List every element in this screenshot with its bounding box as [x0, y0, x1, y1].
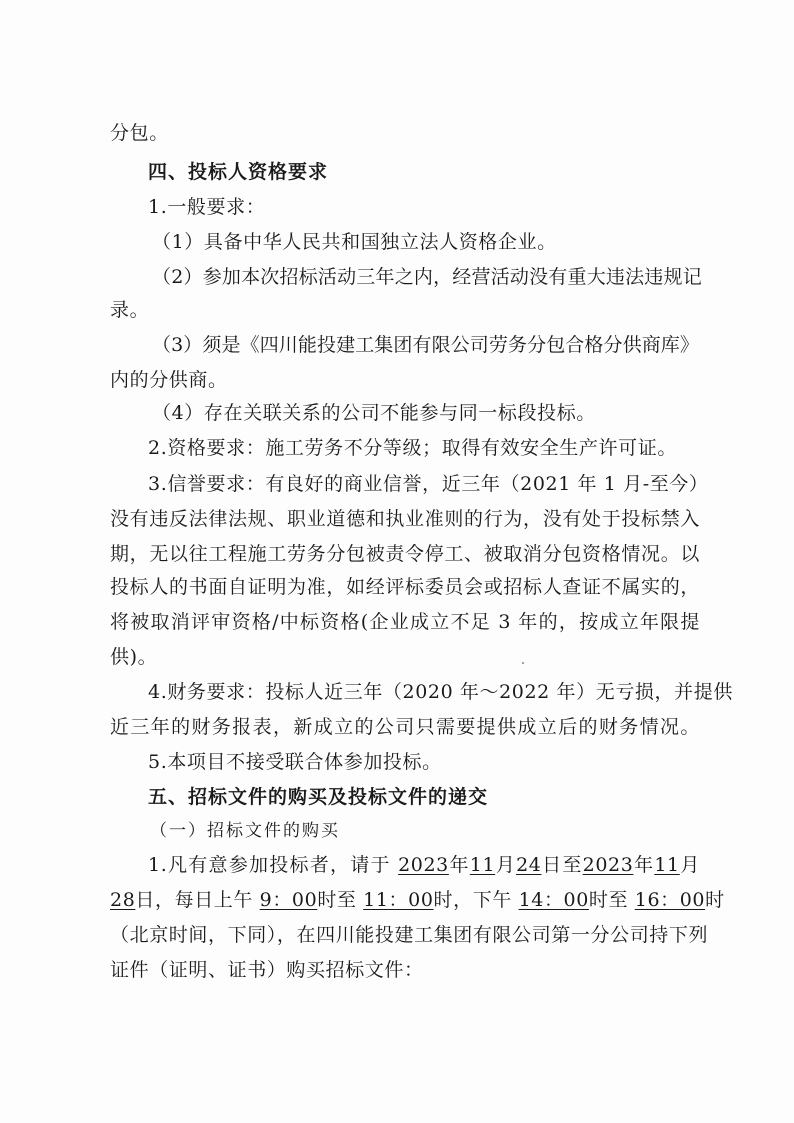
text: 1.凡有意参加投标者，请于: [148, 854, 398, 876]
section-heading-5: 五、招标文件的购买及投标文件的递交: [148, 785, 738, 809]
am-start: 9：00: [260, 889, 318, 911]
subsection-heading: （一）招标文件的购买: [150, 819, 740, 843]
scan-speck: [522, 662, 524, 664]
text: 时至: [589, 889, 635, 911]
end-month: 11: [654, 854, 679, 876]
text: 时至: [317, 889, 363, 911]
section-heading-4: 四、投标人资格要求: [148, 160, 738, 184]
text-line: 4.财务要求：投标人近三年（2020 年～2022 年）无亏损，并提供: [148, 680, 700, 704]
end-day: 28: [110, 889, 135, 911]
purchase-line-2: 28日，每日上午 9：00时至 11：00时，下午 14：00时至 16：00时: [110, 888, 700, 912]
text-line: 供)。: [110, 645, 700, 669]
text-line: 将被取消评审资格/中标资格(企业成立不足 3 年的，按成立年限提: [110, 610, 700, 634]
document-page: 分包。 四、投标人资格要求 1.一般要求： （1）具备中华人民共和国独立法人资格…: [0, 0, 794, 1123]
text-line: 近三年的财务报表，新成立的公司只需要提供成立后的财务情况。: [110, 715, 700, 739]
pm-end: 16：00: [635, 889, 705, 911]
text-line: （3）须是《四川能投建工集团有限公司劳务分包合格分供商库》: [152, 333, 742, 357]
start-year: 2023: [398, 854, 449, 876]
text-line: 没有违反法律法规、职业道德和执业准则的行为，没有处于投标禁入: [110, 507, 700, 531]
am-end: 11：00: [363, 889, 433, 911]
text-line: 录。: [110, 298, 700, 322]
text-line: 1.一般要求：: [148, 195, 738, 219]
text-line: 内的分供商。: [110, 368, 700, 392]
text-line: 投标人的书面自证明为准，如经评标委员会或招标人查证不属实的，: [110, 575, 700, 599]
text-line: 分包。: [110, 121, 700, 145]
end-year: 2023: [583, 854, 634, 876]
text: 月: [680, 854, 700, 876]
text-line: （4）存在关联关系的公司不能参与同一标段投标。: [152, 401, 742, 425]
text: 日至: [541, 854, 582, 876]
scan-speck: [527, 622, 529, 624]
text: 时: [705, 889, 725, 911]
text-line: 5.本项目不接受联合体参加投标。: [148, 750, 738, 774]
text-line: 2.资格要求：施工劳务不分等级；取得有效安全生产许可证。: [148, 436, 738, 460]
text-line: 3.信誉要求：有良好的商业信誉，近三年（2021 年 1 月-至今）: [148, 472, 700, 496]
text: 日，每日上午: [135, 889, 259, 911]
purchase-line-3: （北京时间，下同），在四川能投建工集团有限公司第一分公司持下列: [110, 923, 700, 947]
pm-start: 14：00: [519, 889, 589, 911]
start-day: 24: [516, 854, 541, 876]
text-line: （2）参加本次招标活动三年之内，经营活动没有重大违法违规记: [152, 265, 742, 289]
text: 年: [633, 854, 654, 876]
text: 时，下午: [434, 889, 519, 911]
text-line: （1）具备中华人民共和国独立法人资格企业。: [152, 230, 742, 254]
purchase-line-4: 证件（证明、证书）购买招标文件：: [110, 958, 700, 982]
text-line: 期，无以往工程施工劳务分包被责令停工、被取消分包资格情况。以: [110, 542, 700, 566]
text: 月: [495, 854, 516, 876]
start-month: 11: [470, 854, 495, 876]
text: 年: [449, 854, 470, 876]
purchase-line-1: 1.凡有意参加投标者，请于 2023年11月24日至2023年11月: [148, 853, 700, 877]
